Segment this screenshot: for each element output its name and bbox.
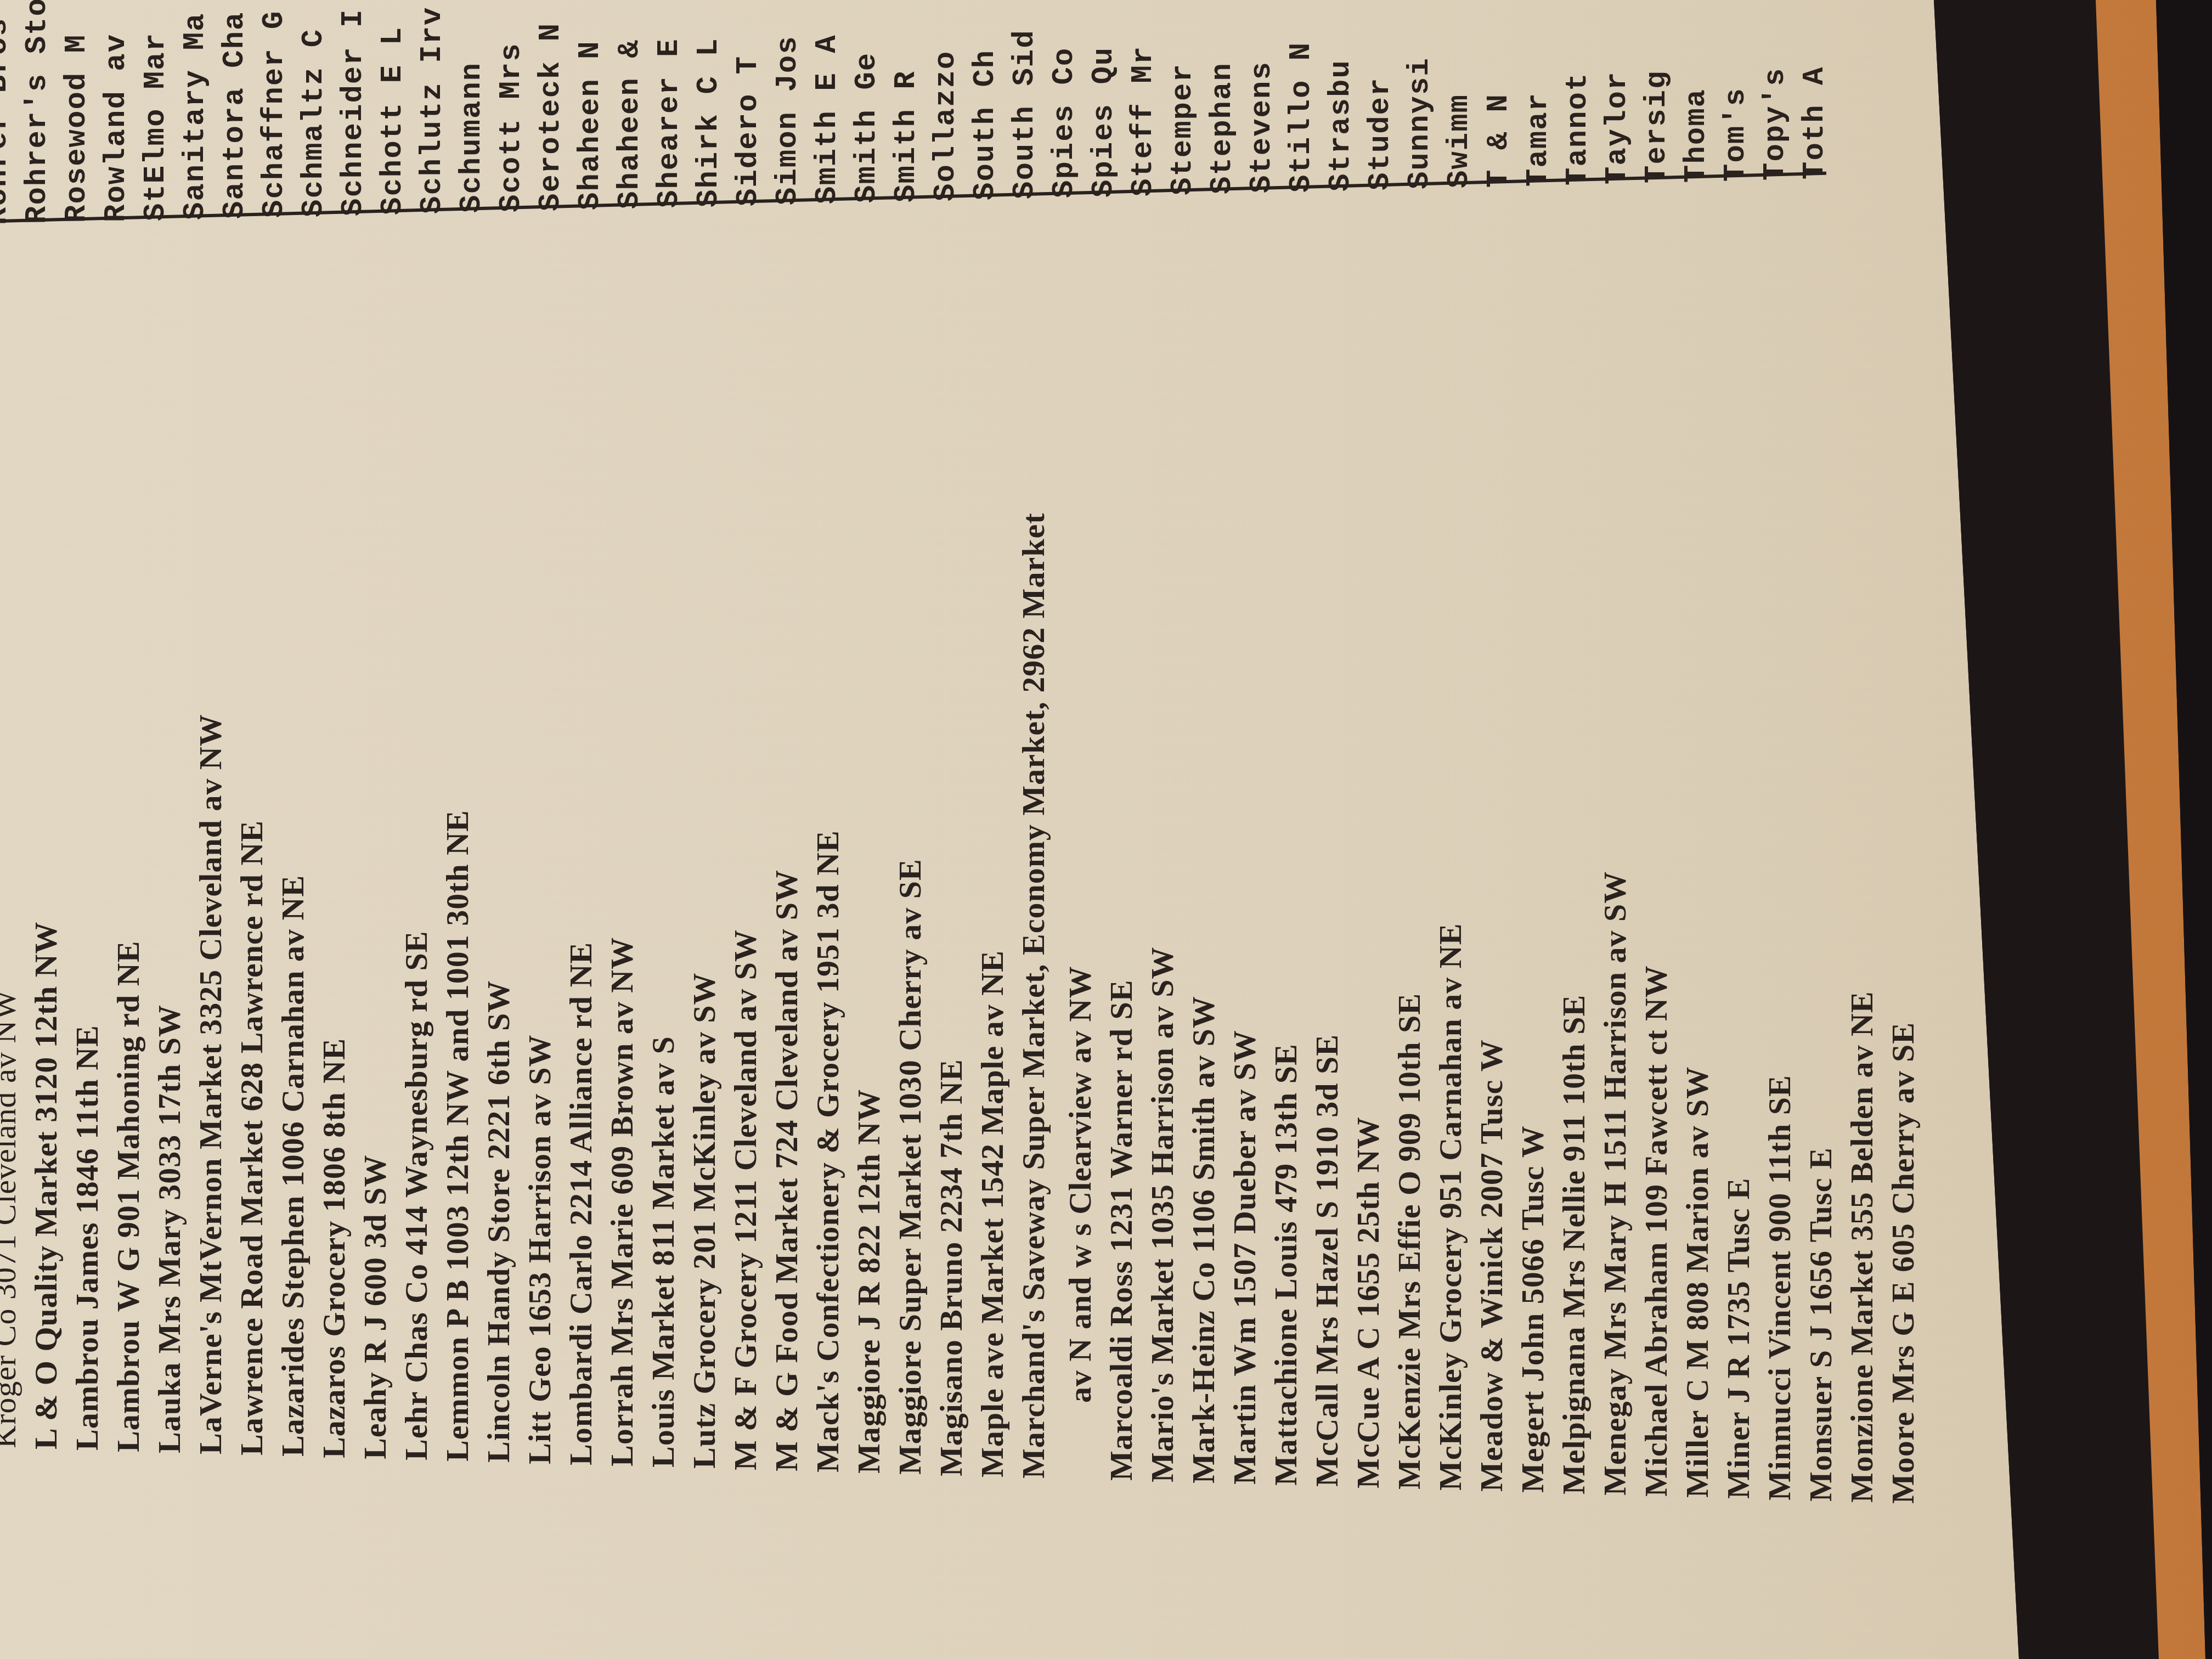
- directory-entry: Kroger Co 3071 Cleveland av NW: [0, 989, 21, 1448]
- directory-entry-partial: Schott E L: [379, 26, 408, 215]
- directory-entry: McKenzie Mrs Effie O 909 10th SE: [1393, 993, 1425, 1489]
- directory-entry: McCue A C 1655 25th NW: [1352, 1116, 1384, 1488]
- directory-entry: Maple ave Market 1542 Maple av NE: [977, 950, 1008, 1477]
- directory-entry: Mario's Market 1035 Harrison av SW: [1147, 947, 1178, 1482]
- directory-entry: McKinley Grocery 951 Carnahan av NE: [1435, 923, 1466, 1491]
- directory-entry: Miner J R 1735 Tusc E: [1723, 1177, 1754, 1499]
- directory-entry: Monzione Market 355 Belden av NE: [1846, 991, 1878, 1503]
- directory-entry: Lawrence Road Market 628 Lawrence rd NE: [236, 820, 268, 1455]
- directory-entry-partial: Tersig: [1643, 70, 1672, 183]
- directory-entry: Maggiore J R 822 12th NW: [853, 1089, 885, 1474]
- directory-entry-partial: Schaffner G: [260, 10, 290, 218]
- directory-entry: Miller C M 808 Marion av SW: [1681, 1066, 1713, 1498]
- directory-entry: Marcoaldi Ross 1231 Warner rd SE: [1105, 980, 1137, 1481]
- directory-entry-partial: Simon Jos: [774, 35, 803, 205]
- directory-entry-partial: Stillo N: [1287, 42, 1317, 193]
- directory-entry: Leahy R J 600 3d SW: [359, 1154, 391, 1459]
- directory-entry-partial: Rohrer Bros: [0, 18, 13, 225]
- directory-entry-partial: T & N: [1485, 93, 1514, 188]
- directory-entry-partial: Tom's: [1722, 87, 1751, 182]
- directory-entry: Lambrou W G 901 Mahoning rd NE: [112, 941, 144, 1452]
- directory-entry-partial: Schmaltz C: [300, 29, 329, 217]
- directory-entry-partial: Rohrer's Sto: [23, 0, 53, 224]
- directory-entry-partial: Sidero T: [734, 55, 764, 206]
- directory-entry: Martin Wm 1507 Dueber av SW: [1229, 1030, 1261, 1485]
- directory-entry: Minnucci Vincent 900 11th SE: [1764, 1075, 1796, 1500]
- directory-entry: Lombardi Carlo 2214 Alliance rd NE: [565, 942, 597, 1465]
- directory-entry: Menegay Mrs Mary H 1511 Harrison av SW: [1599, 871, 1631, 1496]
- directory-entry-partial: Spies Co: [1050, 47, 1080, 198]
- directory-entry-partial: Sanitary Ma: [181, 13, 211, 220]
- directory-entry: Lambrou James 1846 11th NE: [71, 1025, 103, 1451]
- directory-entry-partial: Smith R: [892, 70, 922, 202]
- directory-entry: Megert John 5066 Tusc W: [1517, 1125, 1549, 1493]
- directory-entry-partial: Stevens: [1248, 61, 1277, 193]
- directory-entry-partial: Sollazzo: [932, 50, 961, 201]
- directory-entry-partial: StElmo Mar: [142, 32, 171, 221]
- directory-entry-partial: Schlutz Irv: [418, 7, 448, 214]
- directory-entry-partial: Schumann: [458, 62, 487, 213]
- directory-entry: Mattachione Louis 479 13th SE: [1270, 1043, 1302, 1486]
- directory-entry: Litt Geo 1653 Harrison av SW: [524, 1034, 556, 1464]
- directory-entry: Lehr Chas Co 414 Waynesburg rd SE: [400, 930, 432, 1460]
- directory-entry-partial: Stephan: [1208, 62, 1238, 194]
- directory-entry-partial: Toth A: [1801, 66, 1830, 179]
- directory-entry-partial: Taylor: [1603, 71, 1633, 184]
- directory-entry-partial: Sunnysi: [1406, 57, 1435, 189]
- directory-entry-partial: Spies Qu: [1090, 47, 1119, 198]
- directory-entry: Lazarides Stephen 1006 Carnahan av NE: [277, 875, 309, 1457]
- directory-entry-partial: Tannot: [1564, 72, 1593, 185]
- directory-entry-partial: Swimm: [1445, 94, 1475, 188]
- directory-entry: Maggiore Super Market 1030 Cherry av SE: [894, 859, 926, 1475]
- directory-entry: M & F Grocery 1211 Cleveland av SW: [730, 929, 761, 1470]
- directory-entry: Lutz Grocery 201 McKinley av SW: [689, 972, 720, 1469]
- directory-entry: Michael Abraham 109 Fawcett ct NW: [1640, 965, 1672, 1497]
- directory-entry: Marchand's Saveway Super Market, Economy…: [1018, 512, 1049, 1479]
- directory-entry-partial: Rosewood M: [63, 34, 92, 223]
- directory-entry-partial: Scott Mrs: [497, 42, 527, 212]
- directory-entry-partial: Tamar: [1524, 92, 1554, 187]
- directory-entry-partial: Smith E A: [813, 34, 843, 204]
- directory-entry: Magisano Bruno 2234 7th NE: [935, 1059, 967, 1476]
- directory-entry: Lemmon P B 1003 12th NW and 1001 30th NE: [442, 810, 473, 1462]
- directory-entry: Mack's Confectionery & Grocery 1951 3d N…: [812, 830, 844, 1472]
- directory-entry-partial: Strasbu: [1327, 59, 1356, 191]
- directory-entry-partial: Schneider I: [339, 9, 369, 216]
- directory-entry: Lorrah Mrs Marie 609 Brown av NW: [606, 937, 638, 1466]
- directory-entry: Moore Mrs G E 605 Cherry av SE: [1887, 1022, 1919, 1504]
- directory-entry: Louis Market 811 Market av S: [647, 1036, 679, 1468]
- directory-entry: Lazaros Grocery 1806 8th NE: [318, 1038, 350, 1458]
- directory-entry-partial: Smith Ge: [853, 52, 882, 203]
- directory-entry-partial: Thoma: [1682, 88, 1712, 183]
- directory-entry: Melpignana Mrs Nellie 911 10th SE: [1558, 995, 1590, 1494]
- directory-entry: Monsuer S J 1656 Tusc E: [1805, 1147, 1837, 1502]
- directory-entry-partial: Shirk C L: [695, 37, 724, 207]
- directory-entry-partial: Shaheen &: [616, 39, 645, 209]
- directory-entry-partial: Steff Mr: [1129, 46, 1159, 196]
- directory-entry-partial: South Ch: [971, 49, 1001, 200]
- directory-entry-partial: Shaheen N: [576, 40, 606, 210]
- directory-entry-partial: Seroteck N: [537, 22, 566, 211]
- directory-entry-partial: South Sid: [1011, 29, 1040, 199]
- directory-entry-partial: Stemper: [1169, 63, 1198, 195]
- directory-entry-partial: Studer: [1366, 77, 1396, 190]
- directory-entry: McCall Mrs Hazel S 1910 3d SE: [1311, 1034, 1343, 1487]
- directory-entry: LaVerne's MtVernon Market 3325 Cleveland…: [195, 714, 227, 1454]
- directory-entry: Lincoln Handy Store 2221 6th SW: [483, 980, 515, 1463]
- directory-entry-partial: Rowland av: [102, 33, 132, 222]
- directory-entry: Lauka Mrs Mary 3033 17th SW: [154, 1005, 185, 1453]
- directory-entry: av N and w s Clearview av NW: [1064, 966, 1096, 1403]
- directory-entry: L & O Quality Market 3120 12th NW: [30, 921, 62, 1449]
- directory-entry: Mark-Heinz Co 1106 Smith av SW: [1188, 996, 1220, 1483]
- directory-entry-partial: Topy's: [1761, 67, 1791, 180]
- directory-entry: Meadow & Winick 2007 Tusc W: [1476, 1039, 1508, 1492]
- directory-entry: M & G Food Market 724 Cleveland av SW: [771, 870, 803, 1471]
- directory-entry-partial: Santora Cha: [221, 12, 250, 219]
- directory-entry-partial: Shearer E: [655, 38, 685, 208]
